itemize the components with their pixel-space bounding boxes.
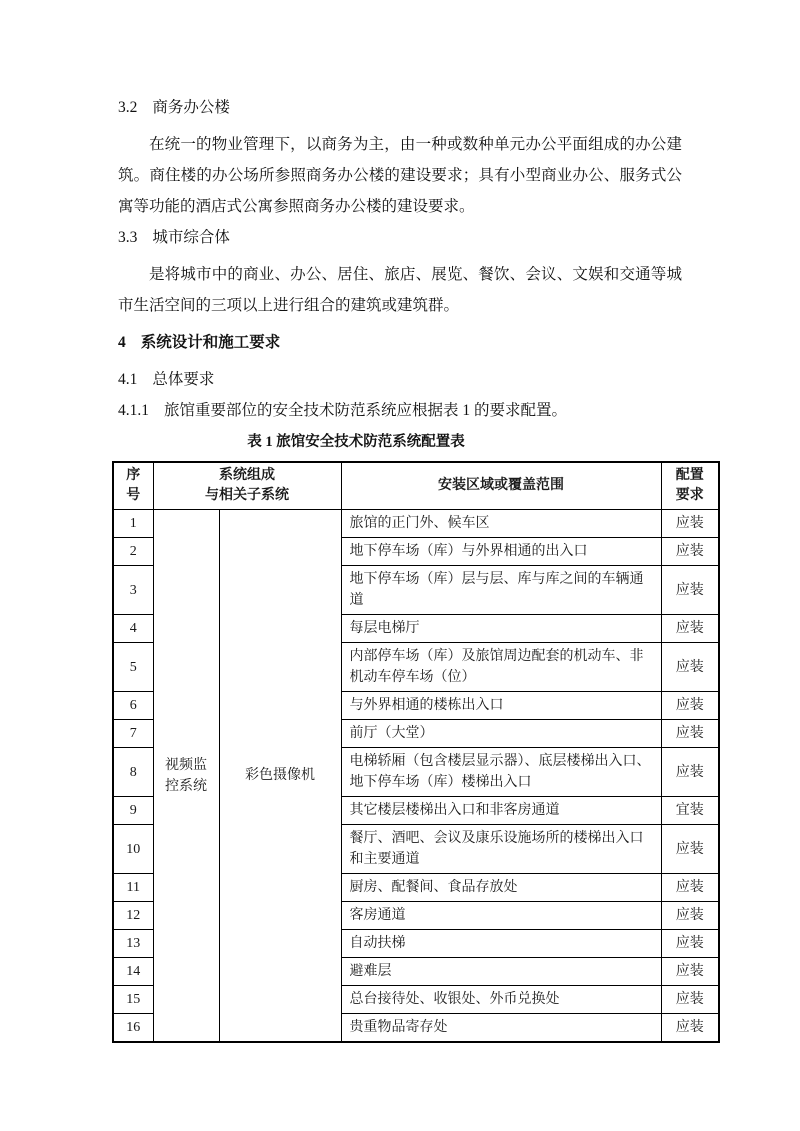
area-cell: 自动扶梯 bbox=[341, 930, 661, 958]
section-heading-4: 4系统设计和施工要求 bbox=[118, 327, 682, 358]
area-cell: 贵重物品寄存处 bbox=[341, 1014, 661, 1043]
requirement-cell: 应装 bbox=[661, 930, 719, 958]
row-number-cell: 13 bbox=[113, 930, 153, 958]
requirement-cell: 应装 bbox=[661, 902, 719, 930]
row-number-cell: 16 bbox=[113, 1014, 153, 1043]
requirement-cell: 应装 bbox=[661, 1014, 719, 1043]
requirement-cell: 应装 bbox=[661, 958, 719, 986]
row-number-cell: 6 bbox=[113, 692, 153, 720]
section-title: 旅馆重要部位的安全技术防范系统应根据表 1 的要求配置。 bbox=[164, 402, 567, 419]
section-heading-4-1-1: 4.1.1旅馆重要部位的安全技术防范系统应根据表 1 的要求配置。 bbox=[118, 395, 682, 426]
section-number: 3.2 bbox=[118, 99, 137, 116]
section-heading-4-1: 4.1总体要求 bbox=[118, 364, 682, 395]
row-number-cell: 3 bbox=[113, 566, 153, 615]
section-title: 总体要求 bbox=[152, 371, 214, 388]
area-cell: 其它楼层楼梯出入口和非客房通道 bbox=[341, 797, 661, 825]
table-row: 1 视频监控系统 彩色摄像机 旅馆的正门外、候车区 应装 bbox=[113, 510, 719, 538]
requirement-cell: 应装 bbox=[661, 692, 719, 720]
area-cell: 与外界相通的楼栋出入口 bbox=[341, 692, 661, 720]
config-table: 序 号 系统组成 与相关子系统 安装区域或覆盖范围 配置 要求 1 视频监控系统… bbox=[112, 461, 720, 1043]
row-number-cell: 7 bbox=[113, 720, 153, 748]
requirement-cell: 应装 bbox=[661, 510, 719, 538]
section-heading-3-2: 3.2商务办公楼 bbox=[118, 92, 682, 123]
requirement-cell: 应装 bbox=[661, 874, 719, 902]
area-cell: 旅馆的正门外、候车区 bbox=[341, 510, 661, 538]
area-cell: 厨房、配餐间、食品存放处 bbox=[341, 874, 661, 902]
row-number-cell: 11 bbox=[113, 874, 153, 902]
area-cell: 前厅（大堂） bbox=[341, 720, 661, 748]
section-number: 4.1 bbox=[118, 371, 137, 388]
area-cell: 避难层 bbox=[341, 958, 661, 986]
requirement-cell: 应装 bbox=[661, 720, 719, 748]
row-number-cell: 4 bbox=[113, 615, 153, 643]
section-title: 城市综合体 bbox=[152, 229, 230, 246]
area-cell: 电梯轿厢（包含楼层显示器）、底层楼梯出入口、地下停车场（库）楼梯出入口 bbox=[341, 748, 661, 797]
system-group-cell: 视频监控系统 bbox=[153, 510, 219, 1043]
area-cell: 内部停车场（库）及旅馆周边配套的机动车、非机动车停车场（位） bbox=[341, 643, 661, 692]
area-cell: 客房通道 bbox=[341, 902, 661, 930]
section-number: 3.3 bbox=[118, 229, 137, 246]
row-number-cell: 5 bbox=[113, 643, 153, 692]
requirement-cell: 应装 bbox=[661, 643, 719, 692]
area-cell: 地下停车场（库）与外界相通的出入口 bbox=[341, 538, 661, 566]
requirement-cell: 宜装 bbox=[661, 797, 719, 825]
section-number: 4 bbox=[118, 334, 126, 351]
requirement-cell: 应装 bbox=[661, 825, 719, 874]
area-cell: 每层电梯厅 bbox=[341, 615, 661, 643]
section-heading-3-3: 3.3城市综合体 bbox=[118, 222, 682, 253]
document-page: 3.2商务办公楼 在统一的物业管理下，以商务为主，由一种或数种单元办公平面组成的… bbox=[0, 0, 800, 1131]
paragraph-3-2: 在统一的物业管理下，以商务为主，由一种或数种单元办公平面组成的办公建筑。商住楼的… bbox=[118, 129, 682, 222]
table-caption: 表 1 旅馆安全技术防范系统配置表 bbox=[118, 428, 594, 457]
requirement-cell: 应装 bbox=[661, 615, 719, 643]
paragraph-3-3: 是将城市中的商业、办公、居住、旅店、展览、餐饮、会议、文娱和交通等城市生活空间的… bbox=[118, 259, 682, 321]
requirement-cell: 应装 bbox=[661, 748, 719, 797]
area-cell: 总台接待处、收银处、外币兑换处 bbox=[341, 986, 661, 1014]
section-title: 商务办公楼 bbox=[152, 99, 230, 116]
row-number-cell: 10 bbox=[113, 825, 153, 874]
row-number-cell: 8 bbox=[113, 748, 153, 797]
area-cell: 餐厅、酒吧、会议及康乐设施场所的楼梯出入口和主要通道 bbox=[341, 825, 661, 874]
header-area: 安装区域或覆盖范围 bbox=[341, 462, 661, 510]
section-title: 系统设计和施工要求 bbox=[141, 334, 281, 351]
row-number-cell: 15 bbox=[113, 986, 153, 1014]
header-system: 系统组成 与相关子系统 bbox=[153, 462, 341, 510]
requirement-cell: 应装 bbox=[661, 986, 719, 1014]
section-number: 4.1.1 bbox=[118, 402, 149, 419]
row-number-cell: 9 bbox=[113, 797, 153, 825]
row-number-cell: 2 bbox=[113, 538, 153, 566]
table-header-row: 序 号 系统组成 与相关子系统 安装区域或覆盖范围 配置 要求 bbox=[113, 462, 719, 510]
requirement-cell: 应装 bbox=[661, 566, 719, 615]
subsystem-cell: 彩色摄像机 bbox=[219, 510, 341, 1043]
row-number-cell: 12 bbox=[113, 902, 153, 930]
header-no: 序 号 bbox=[113, 462, 153, 510]
area-cell: 地下停车场（库）层与层、库与库之间的车辆通道 bbox=[341, 566, 661, 615]
text-block: 3.2商务办公楼 在统一的物业管理下，以商务为主，由一种或数种单元办公平面组成的… bbox=[118, 92, 682, 426]
row-number-cell: 1 bbox=[113, 510, 153, 538]
row-number-cell: 14 bbox=[113, 958, 153, 986]
requirement-cell: 应装 bbox=[661, 538, 719, 566]
header-req: 配置 要求 bbox=[661, 462, 719, 510]
